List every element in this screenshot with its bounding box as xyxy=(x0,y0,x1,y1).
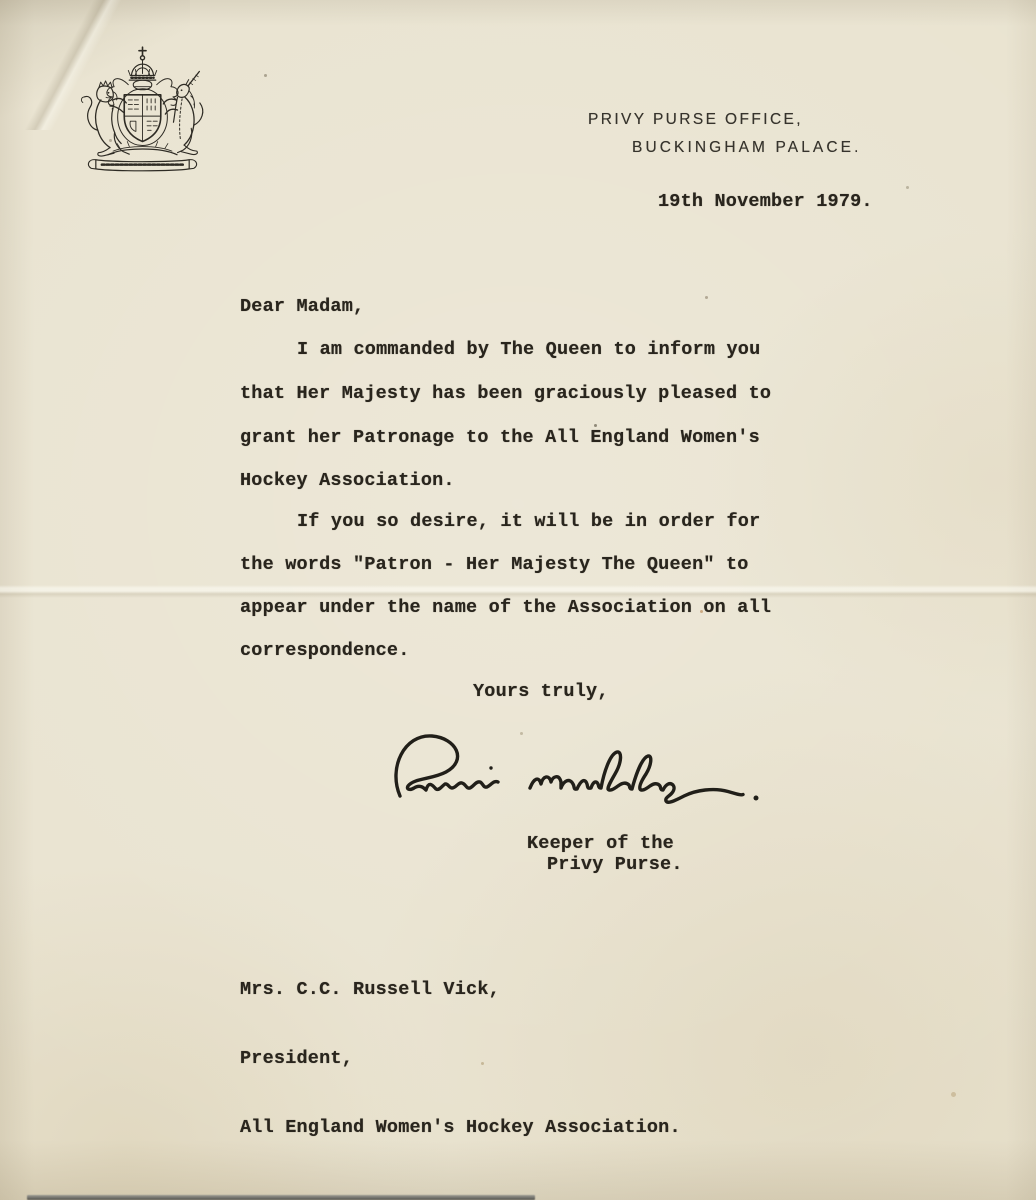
letter-page: PRIVY PURSE OFFICE, BUCKINGHAM PALACE. 1… xyxy=(0,0,1036,1200)
body-line: that Her Majesty has been graciously ple… xyxy=(240,383,771,405)
royal-coat-of-arms-icon xyxy=(72,39,212,176)
signer-title-line: Keeper of the xyxy=(527,833,674,855)
body-line: If you so desire, it will be in order fo… xyxy=(240,511,760,533)
scan-edge-artifact xyxy=(27,1195,535,1200)
body-line: correspondence. xyxy=(240,640,410,662)
recipient-organisation: All England Women's Hockey Association. xyxy=(240,1116,681,1139)
salutation: Dear Madam, xyxy=(240,296,364,318)
body-line: the words "Patron - Her Majesty The Quee… xyxy=(240,554,749,576)
body-line: appear under the name of the Association… xyxy=(240,597,771,619)
letterhead-office: PRIVY PURSE OFFICE, xyxy=(588,111,803,129)
recipient-name: Mrs. C.C. Russell Vick, xyxy=(240,978,681,1001)
closing-line: Yours truly, xyxy=(473,681,609,703)
signer-title-line: Privy Purse. xyxy=(547,854,683,876)
body-line: Hockey Association. xyxy=(240,470,455,492)
letter-date: 19th November 1979. xyxy=(658,191,873,213)
recipient-role: President, xyxy=(240,1047,681,1070)
recipient-address: Mrs. C.C. Russell Vick, President, All E… xyxy=(240,932,681,1185)
body-line: I am commanded by The Queen to inform yo… xyxy=(240,339,760,361)
letterhead-palace: BUCKINGHAM PALACE. xyxy=(632,139,862,157)
paper-specks xyxy=(0,0,3,3)
signature-handwriting xyxy=(384,722,780,834)
body-line: grant her Patronage to the All England W… xyxy=(240,427,760,449)
